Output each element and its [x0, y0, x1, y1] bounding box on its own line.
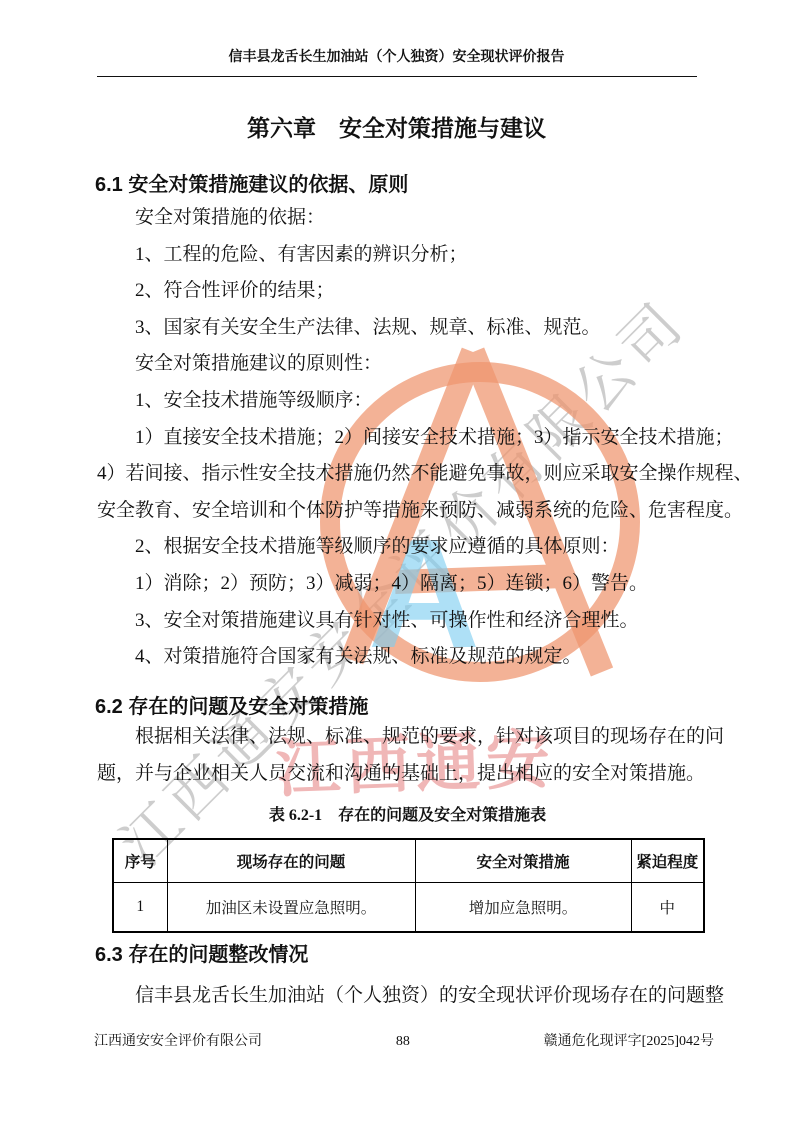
document-content: 信丰县龙舌长生加油站（个人独资）安全现状评价报告 第六章 安全对策措施与建议 6…	[0, 0, 793, 1122]
paragraph-line: 安全教育、安全培训和个体防护等措施来预防、减弱系统的危险、危害程度。	[97, 493, 699, 530]
paragraph-line: 安全对策措施建议的原则性：	[97, 346, 699, 383]
column-header-seq: 序号	[113, 839, 167, 883]
page-header-title: 信丰县龙舌长生加油站（个人独资）安全现状评价报告	[0, 46, 793, 66]
section-6-2-heading: 6.2 存在的问题及安全对策措施	[95, 690, 715, 719]
section-6-3-body: 信丰县龙舌长生加油站（个人独资）的安全现状评价现场存在的问题整	[97, 978, 699, 1015]
paragraph-line: 2、符合性评价的结果；	[97, 273, 699, 310]
table-caption: 表 6.2-1 存在的问题及安全对策措施表	[112, 802, 703, 825]
cell-measure: 增加应急照明。	[415, 883, 631, 933]
footer-page-number: 88	[396, 1034, 410, 1050]
column-header-measure: 安全对策措施	[415, 839, 631, 883]
paragraph-line: 信丰县龙舌长生加油站（个人独资）的安全现状评价现场存在的问题整	[97, 978, 699, 1015]
paragraph-line: 根据相关法律、法规、标准、规范的要求，针对该项目的现场存在的问	[97, 719, 699, 756]
table-row: 1 加油区未设置应急照明。 增加应急照明。 中	[113, 883, 704, 933]
column-header-problem: 现场存在的问题	[167, 839, 415, 883]
section-6-1-body: 安全对策措施的依据： 1、工程的危险、有害因素的辨识分析； 2、符合性评价的结果…	[97, 200, 699, 676]
paragraph-line: 1）直接安全技术措施；2）间接安全技术措施；3）指示安全技术措施；	[97, 420, 699, 457]
cell-problem: 加油区未设置应急照明。	[167, 883, 415, 933]
cell-urgency: 中	[631, 883, 704, 933]
table-header-row: 序号 现场存在的问题 安全对策措施 紧迫程度	[113, 839, 704, 883]
footer-doc-number: 赣通危化现评字[2025]042号	[544, 1030, 714, 1050]
paragraph-line: 3、国家有关安全生产法律、法规、规章、标准、规范。	[97, 310, 699, 347]
paragraph-line: 安全对策措施的依据：	[97, 200, 699, 237]
column-header-urgency: 紧迫程度	[631, 839, 704, 883]
paragraph-line: 1）消除；2）预防；3）减弱；4）隔离；5）连锁；6）警告。	[97, 566, 699, 603]
report-page: 江西通安安全评价有限公司 A 江西通安 信丰县龙舌长生加油站（个人独资）安全现状…	[0, 0, 793, 1122]
section-6-3-heading: 6.3 存在的问题整改情况	[95, 938, 715, 967]
paragraph-line: 题，并与企业相关人员交流和沟通的基础上，提出相应的安全对策措施。	[97, 756, 699, 793]
section-6-1-heading: 6.1 安全对策措施建议的依据、原则	[95, 168, 715, 197]
section-6-2-body: 根据相关法律、法规、标准、规范的要求，针对该项目的现场存在的问 题，并与企业相关…	[97, 719, 699, 792]
paragraph-line: 1、工程的危险、有害因素的辨识分析；	[97, 237, 699, 274]
page-footer: 江西通安安全评价有限公司 88 赣通危化现评字[2025]042号	[94, 1030, 714, 1050]
paragraph-line: 4）若间接、指示性安全技术措施仍然不能避免事故，则应采取安全操作规程、	[97, 456, 699, 493]
cell-seq: 1	[113, 883, 167, 933]
footer-company: 江西通安安全评价有限公司	[94, 1030, 262, 1050]
chapter-title: 第六章 安全对策措施与建议	[0, 110, 793, 143]
header-rule	[97, 76, 697, 77]
problems-measures-table: 序号 现场存在的问题 安全对策措施 紧迫程度 1 加油区未设置应急照明。 增加应…	[112, 838, 705, 933]
paragraph-line: 1、安全技术措施等级顺序：	[97, 383, 699, 420]
paragraph-line: 2、根据安全技术措施等级顺序的要求应遵循的具体原则：	[97, 529, 699, 566]
paragraph-line: 3、安全对策措施建议具有针对性、可操作性和经济合理性。	[97, 603, 699, 640]
paragraph-line: 4、对策措施符合国家有关法规、标准及规范的规定。	[97, 639, 699, 676]
